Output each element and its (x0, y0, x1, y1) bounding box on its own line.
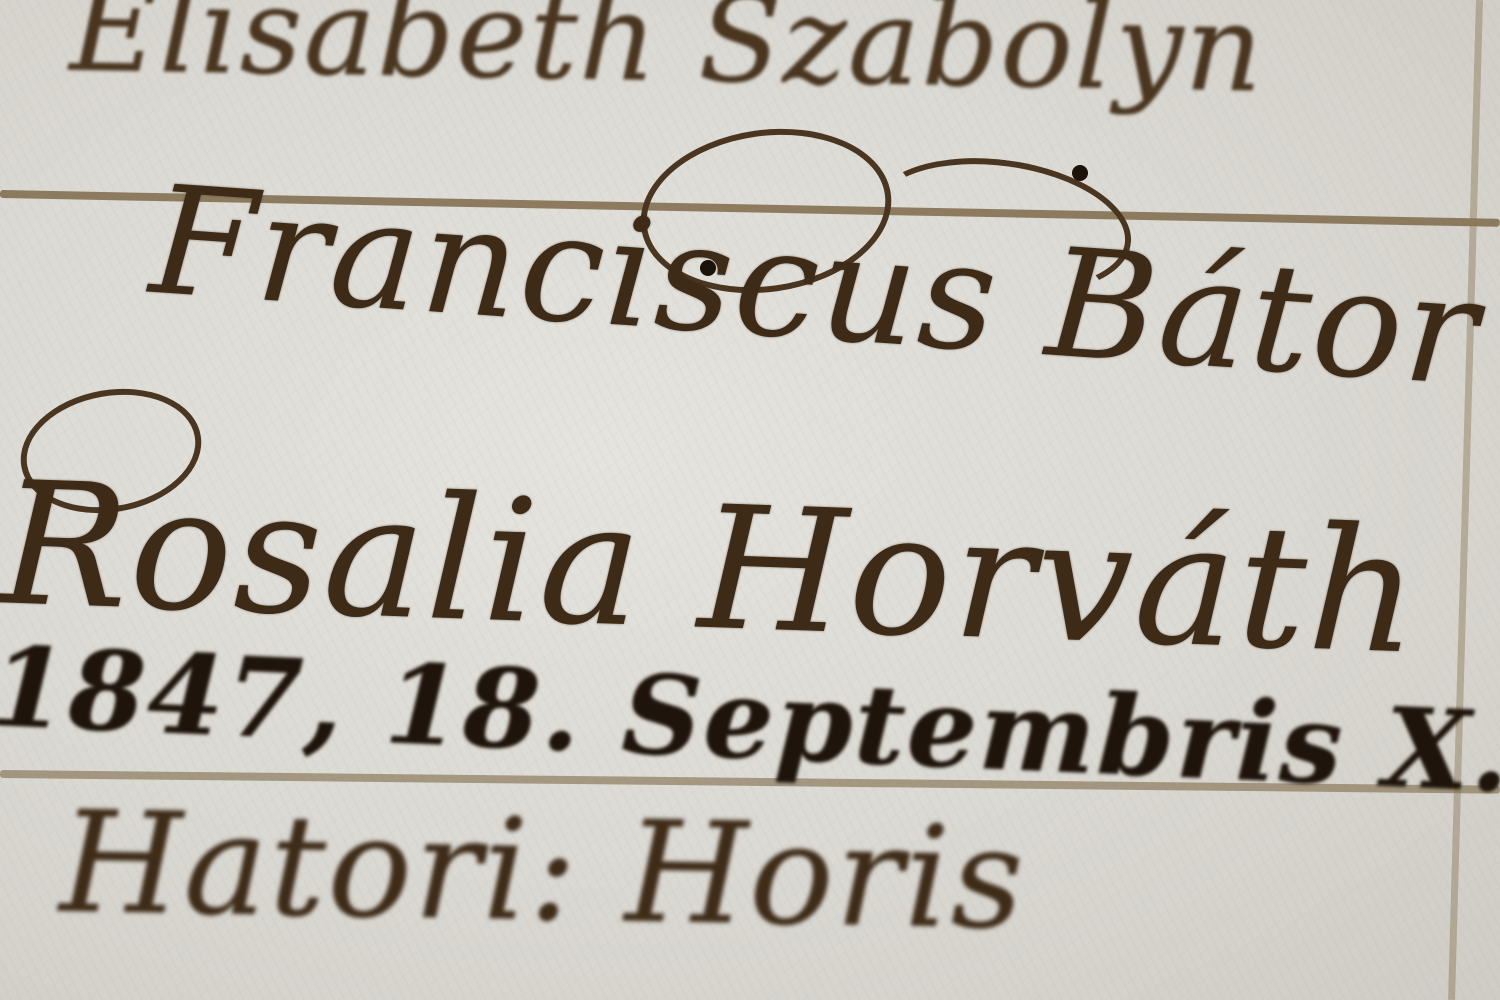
handwritten-line-5: Hatori: Horis (59, 782, 1027, 962)
ink-dot (1072, 165, 1088, 181)
handwritten-line-1: Elisabeth Szabolyn (69, 0, 1266, 119)
